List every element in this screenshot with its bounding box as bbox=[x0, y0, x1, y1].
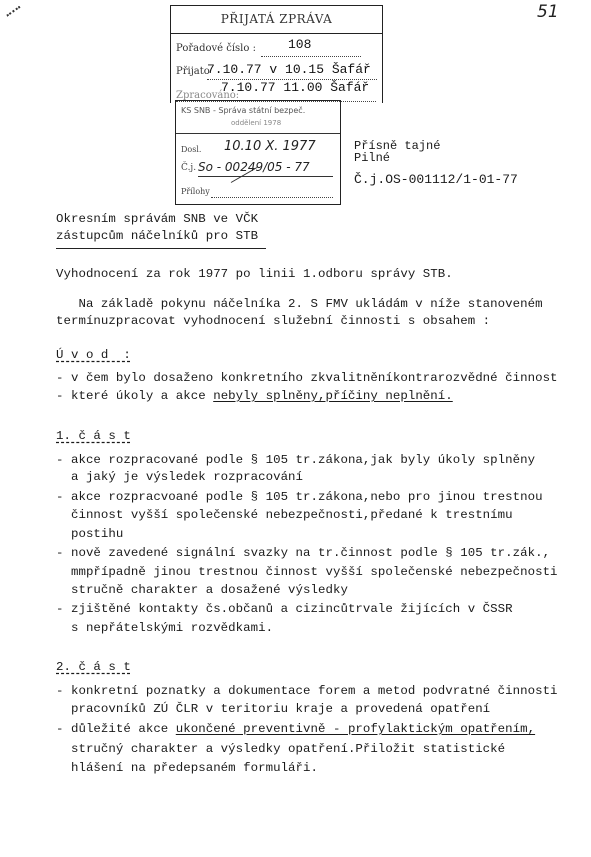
part2-item-2-line-3: hlášení na předepsaném formuláři. bbox=[56, 761, 318, 775]
intro-item-2-prefix: - které úkoly a akce bbox=[56, 389, 213, 403]
document-reference: Č.j.OS-001112/1-01-77 bbox=[354, 172, 518, 187]
received-value: 7.10.77 v 10.15 Šafář bbox=[207, 62, 371, 77]
subject-line: Vyhodnocení za rok 1977 po linii 1.odbor… bbox=[56, 267, 453, 281]
registry-stamp-divider bbox=[176, 133, 340, 134]
part1-item-3-line-2: mmpřípadně jinou trestnou činnost vyšší … bbox=[56, 565, 558, 579]
addressee-underline bbox=[56, 248, 266, 249]
intro-line-1: Na základě pokynu náčelníka 2. S FMV ukl… bbox=[56, 297, 543, 311]
part1-item-4-line-2: s nepřátelskými rozvědkami. bbox=[56, 621, 273, 635]
addressee-line-1: Okresním správám SNB ve VČK bbox=[56, 212, 258, 226]
page-number: 51 bbox=[537, 2, 559, 22]
classification-urgent: Pilné bbox=[354, 152, 440, 164]
stamp-divider bbox=[171, 33, 382, 34]
intro-item-2-emphasis: nebyly splněny,příčiny neplnění. bbox=[213, 389, 453, 403]
part2-item-2-prefix: - důležité akce bbox=[56, 722, 176, 736]
registry-stamp-header: KS SNB - Správa státní bezpeč. bbox=[181, 106, 305, 115]
delivered-date: 10.10 X. 1977 bbox=[224, 139, 316, 154]
intro-item-2: - které úkoly a akce nebyly splněny,příč… bbox=[56, 389, 453, 403]
document-page: 51 PŘIJATÁ ZPRÁVA Pořadové číslo : 108 P… bbox=[0, 0, 591, 857]
part2-item-1-line-1: - konkretní poznatky a dokumentace forem… bbox=[56, 684, 558, 698]
order-number-label: Pořadové číslo : bbox=[176, 43, 256, 54]
received-stamp: PŘIJATÁ ZPRÁVA Pořadové číslo : 108 Přij… bbox=[170, 5, 383, 103]
reference-label: Č.j. bbox=[181, 163, 196, 173]
registry-stamp-subheader: oddělení 1978 bbox=[231, 119, 281, 127]
reference-number: So - 00249/05 - 77 bbox=[198, 160, 310, 174]
section-heading-part-2: 2. č á s t bbox=[56, 660, 131, 674]
part1-item-1-line-2: a jaký je výsledek rozpracování bbox=[56, 470, 303, 484]
part1-item-3-line-1: - nově zavedené signální svazky na tr.či… bbox=[56, 546, 550, 560]
order-number-line bbox=[261, 56, 361, 57]
part2-item-2-line-2: stručný charakter a výsledky opatření.Př… bbox=[56, 742, 505, 756]
classification-block: Přísně tajné Pilné bbox=[354, 140, 440, 164]
received-stamp-title: PŘIJATÁ ZPRÁVA bbox=[171, 12, 382, 26]
part1-item-2-line-1: - akce rozpracvoané podle § 105 tr.zákon… bbox=[56, 490, 543, 504]
part1-item-4-line-1: - zjištěné kontakty čs.občanů a cizincůt… bbox=[56, 602, 513, 616]
attachments-label: Přílohy bbox=[181, 187, 210, 196]
registry-stamp: KS SNB - Správa státní bezpeč. oddělení … bbox=[175, 100, 341, 205]
intro-line-2: termínuzpracovat vyhodnocení služební či… bbox=[56, 314, 490, 328]
part1-item-2-line-3: postihu bbox=[56, 527, 123, 541]
received-label: Přijato bbox=[176, 66, 210, 77]
reference-line bbox=[198, 176, 333, 177]
intro-item-1: - v čem bylo dosaženo konkretního zkvali… bbox=[56, 371, 558, 385]
addressee-line-2: zástupcům náčelníků pro STB bbox=[56, 229, 258, 243]
part2-item-2-emphasis: ukončené preventivně - profylaktickým op… bbox=[176, 722, 535, 736]
part2-item-2-line-1: - důležité akce ukončené preventivně - p… bbox=[56, 722, 535, 736]
part1-item-1-line-1: - akce rozpracované podle § 105 tr.zákon… bbox=[56, 453, 535, 467]
part1-item-2-line-2: činnost vyšší společenské nebezpečnosti,… bbox=[56, 508, 513, 522]
section-heading-intro: Ú v o d : bbox=[56, 348, 131, 362]
part1-item-3-line-3: stručně charakter a dosažené výsledky bbox=[56, 583, 348, 597]
margin-mark bbox=[6, 6, 21, 18]
order-number-value: 108 bbox=[288, 37, 311, 52]
attachments-line bbox=[211, 197, 333, 198]
delivered-label: Dosl. bbox=[181, 145, 201, 154]
section-heading-part-1: 1. č á s t bbox=[56, 429, 131, 443]
processed-value: 7.10.77 11.00 Šafář bbox=[221, 80, 369, 95]
part2-item-1-line-2: pracovníků ZÚ ČLR v teritoriu kraje a pr… bbox=[56, 702, 490, 716]
